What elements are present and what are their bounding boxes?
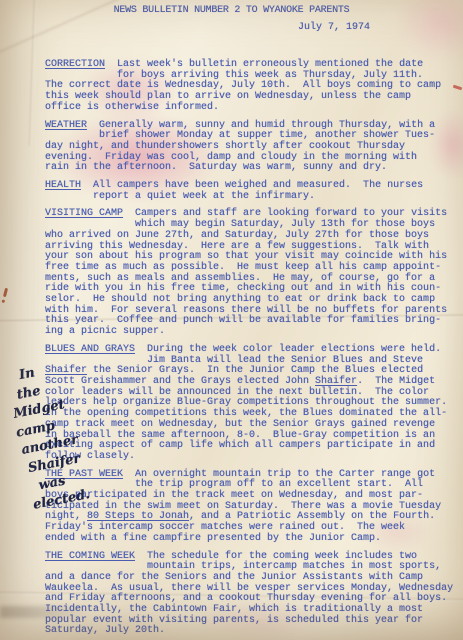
section-health: HEALTH All campers have been weighed and… xyxy=(45,181,459,202)
text-line: ing a picnic supper. xyxy=(45,327,459,338)
section-correction: CORRECTION Last week's bulletin erroneou… xyxy=(45,60,459,114)
text-line: report a quiet week at the infirmary. xyxy=(45,192,459,203)
bulletin-date: July 7, 1974 xyxy=(298,22,370,33)
section-blues-and-grays: BLUES AND GRAYS During the week color le… xyxy=(45,345,459,463)
text-line: rain in the afternoon. Saturday was warm… xyxy=(45,163,459,174)
section-visiting-camp: VISITING CAMP Campers and staff are look… xyxy=(45,209,459,337)
section-weather: WEATHER Generally warm, sunny and humid … xyxy=(45,121,459,175)
text-line: Saturday, July 20th. xyxy=(45,626,459,637)
text-line: follow clasely. xyxy=(45,452,459,463)
bulletin-page: NEWS BULLETIN NUMBER 2 TO WYANOKE PARENT… xyxy=(0,0,463,640)
text-line: office is otherwise informed. xyxy=(45,103,459,114)
bulletin-title: NEWS BULLETIN NUMBER 2 TO WYANOKE PARENT… xyxy=(0,5,463,16)
red-margin-mark xyxy=(3,288,8,297)
section-the-past-week: THE PAST WEEK An overnight mountain trip… xyxy=(45,470,459,545)
paper-crease-left xyxy=(28,0,36,146)
bulletin-body: CORRECTION Last week's bulletin erroneou… xyxy=(45,60,459,640)
text-line: ended with a fine campfire presented by … xyxy=(45,534,459,545)
section-the-coming-week: THE COMING WEEK The schedule for the com… xyxy=(45,552,459,638)
